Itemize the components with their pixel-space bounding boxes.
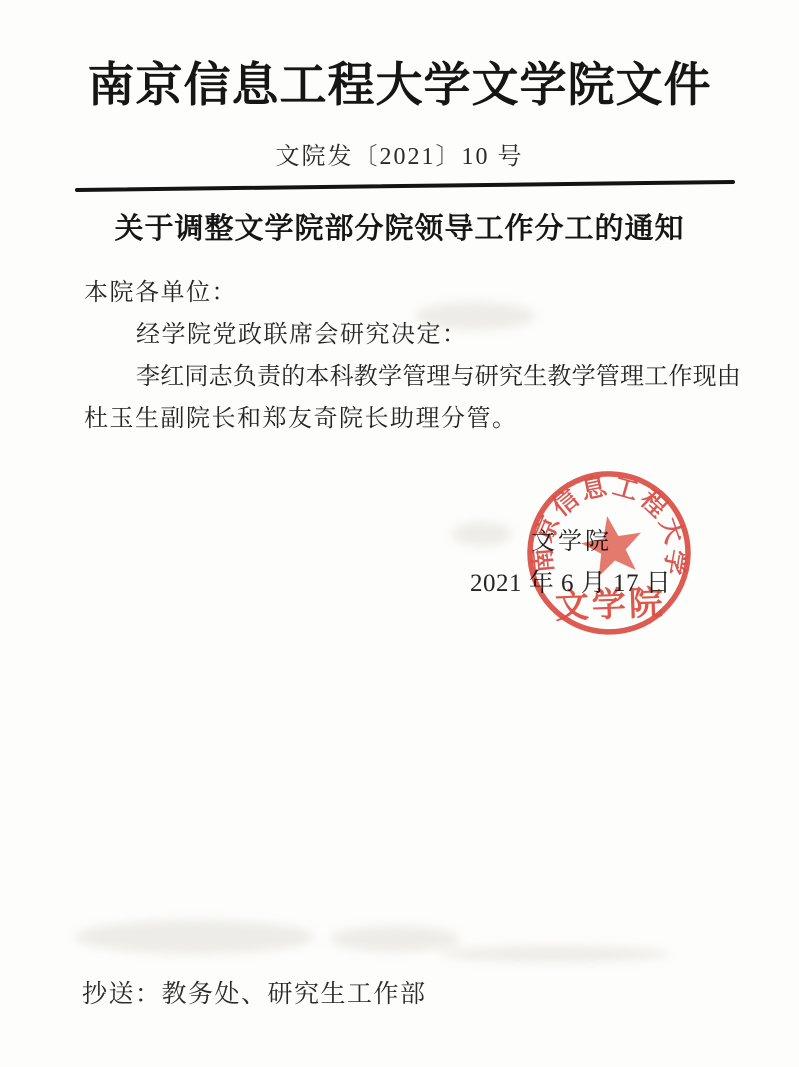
document-page: 南京信息工程大学文学院文件 文院发〔2021〕10 号 关于调整文学院部分院领导… [0,0,799,1067]
official-seal: 南京信息工程大学 文学院 [520,466,702,644]
scan-smudge [440,946,670,962]
scan-smudge [452,522,512,546]
header-divider-rule [75,180,735,192]
body-line: 杜玉生副院长和郑友奇院长助理分管。 [84,398,744,440]
seal-star-icon [577,511,647,579]
salutation-line: 本院各单位： [84,272,744,314]
scan-smudge [330,926,460,952]
letterhead-title: 南京信息工程大学文学院文件 [0,48,799,115]
notice-title: 关于调整文学院部分院领导工作分工的通知 [0,206,799,247]
document-number: 文院发〔2021〕10 号 [0,136,799,171]
body-line: 经学院党政联席会研究决定： [84,314,744,356]
seal-bottom-text: 文学院 [554,584,666,626]
scan-smudge [75,920,315,954]
notice-body: 本院各单位： 经学院党政联席会研究决定： 李红同志负责的本科教学管理与研究生教学… [84,272,744,440]
body-line: 李红同志负责的本科教学管理与研究生教学管理工作现由 [84,356,744,398]
cc-recipients-line: 抄送：教务处、研究生工作部 [82,974,427,1010]
